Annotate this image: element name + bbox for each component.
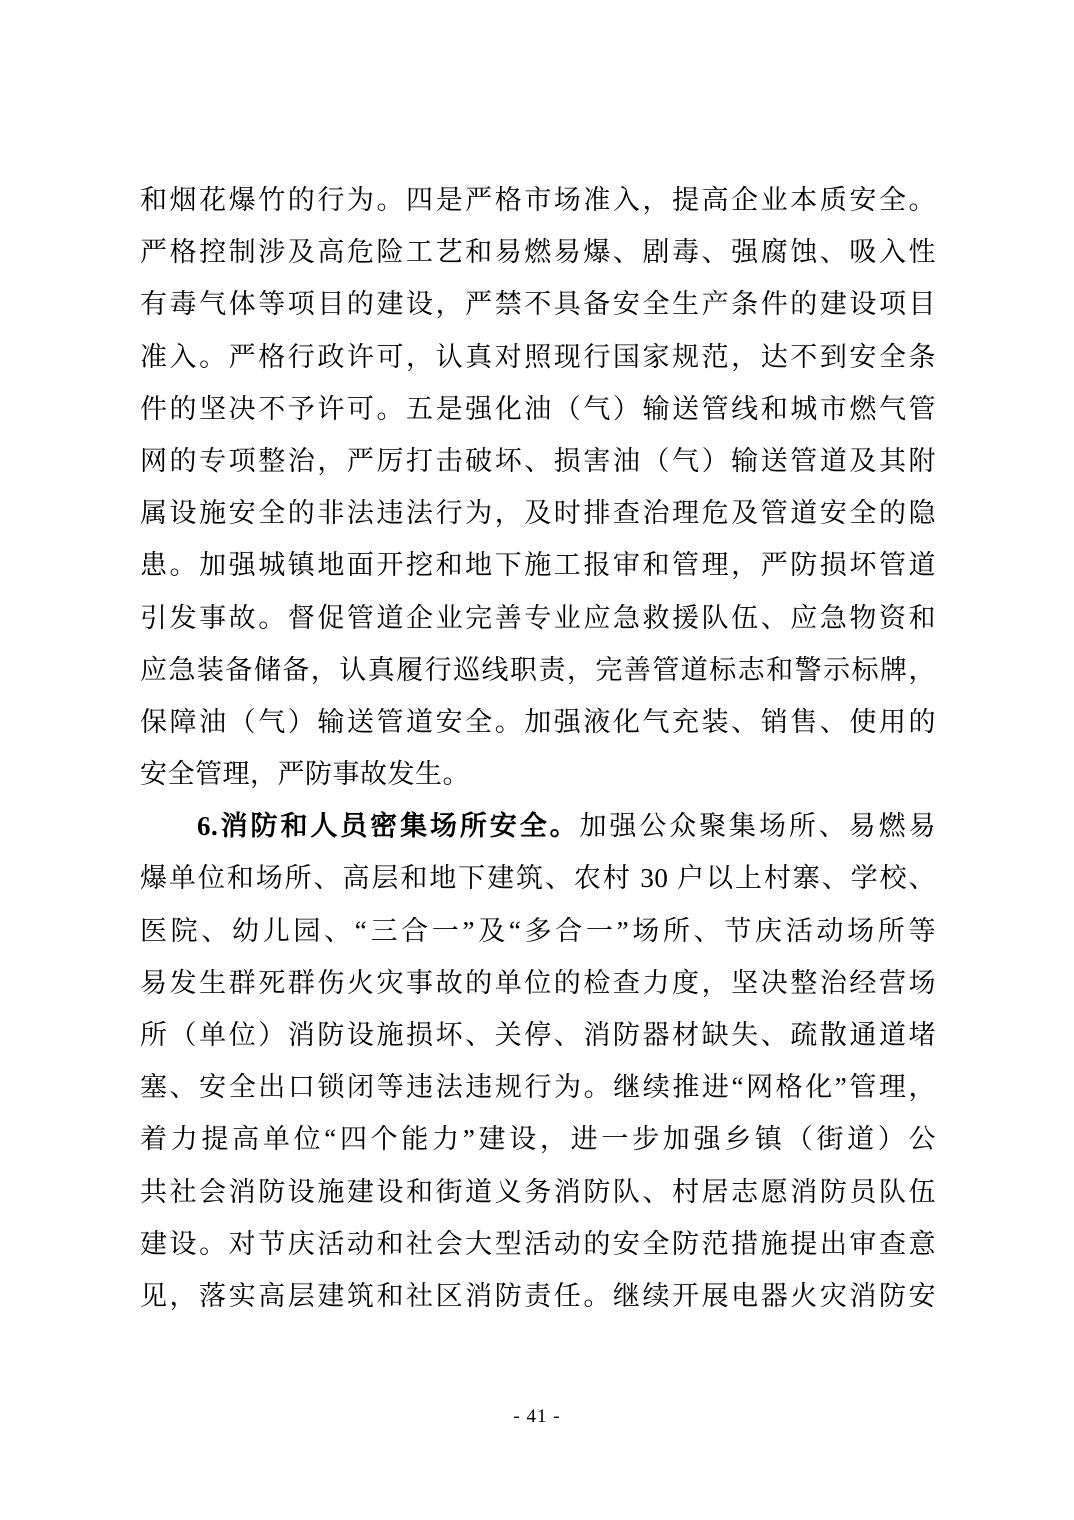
text-line: 建设。对节庆活动和社会大型活动的安全防范措施提出审查意	[140, 1218, 936, 1270]
section-heading: 6.消防和人员密集场所安全。	[197, 811, 580, 841]
page-number: - 41 -	[0, 1406, 1074, 1428]
text-line: 着力提高单位“四个能力”建设，进一步加强乡镇（街道）公	[140, 1113, 936, 1165]
section-heading-rest: 加强公众聚集场所、易燃易	[580, 811, 936, 841]
text-line: 和烟花爆竹的行为。四是严格市场准入，提高企业本质安全。	[140, 174, 936, 226]
text-line: 件的坚决不予许可。五是强化油（气）输送管线和城市燃气管	[140, 383, 936, 435]
text-line: 医院、幼儿园、“三合一”及“多合一”场所、节庆活动场所等	[140, 905, 936, 957]
text-line: 保障油（气）输送管道安全。加强液化气充装、销售、使用的	[140, 696, 936, 748]
text-line: 共社会消防设施建设和街道义务消防队、村居志愿消防员队伍	[140, 1166, 936, 1218]
document-page: 和烟花爆竹的行为。四是严格市场准入，提高企业本质安全。 严格控制涉及高危险工艺和…	[0, 0, 1074, 1520]
text-line: 网的专项整治，严厉打击破坏、损害油（气）输送管道及其附	[140, 435, 936, 487]
text-line: 应急装备储备，认真履行巡线职责，完善管道标志和警示标牌，	[140, 644, 936, 696]
body-text: 和烟花爆竹的行为。四是严格市场准入，提高企业本质安全。 严格控制涉及高危险工艺和…	[140, 174, 936, 1322]
text-line: 所（单位）消防设施损坏、关停、消防器材缺失、疏散通道堵	[140, 1009, 936, 1061]
text-line: 准入。严格行政许可，认真对照现行国家规范，达不到安全条	[140, 331, 936, 383]
text-line: 患。加强城镇地面开挖和地下施工报审和管理，严防损坏管道	[140, 539, 936, 591]
text-line: 塞、安全出口锁闭等违法违规行为。继续推进“网格化”管理，	[140, 1061, 936, 1113]
paragraph-end-line: 安全管理，严防事故发生。	[140, 748, 936, 800]
text-line: 易发生群死群伤火灾事故的单位的检查力度，坚决整治经营场	[140, 957, 936, 1009]
section-heading-line: 6.消防和人员密集场所安全。加强公众聚集场所、易燃易	[140, 800, 936, 852]
text-line: 爆单位和场所、高层和地下建筑、农村 30 户以上村寨、学校、	[140, 852, 936, 904]
text-line: 严格控制涉及高危险工艺和易燃易爆、剧毒、强腐蚀、吸入性	[140, 226, 936, 278]
text-line: 引发事故。督促管道企业完善专业应急救援队伍、应急物资和	[140, 592, 936, 644]
text-line: 见，落实高层建筑和社区消防责任。继续开展电器火灾消防安	[140, 1270, 936, 1322]
text-line: 有毒气体等项目的建设，严禁不具备安全生产条件的建设项目	[140, 278, 936, 330]
text-line: 属设施安全的非法违法行为，及时排查治理危及管道安全的隐	[140, 487, 936, 539]
